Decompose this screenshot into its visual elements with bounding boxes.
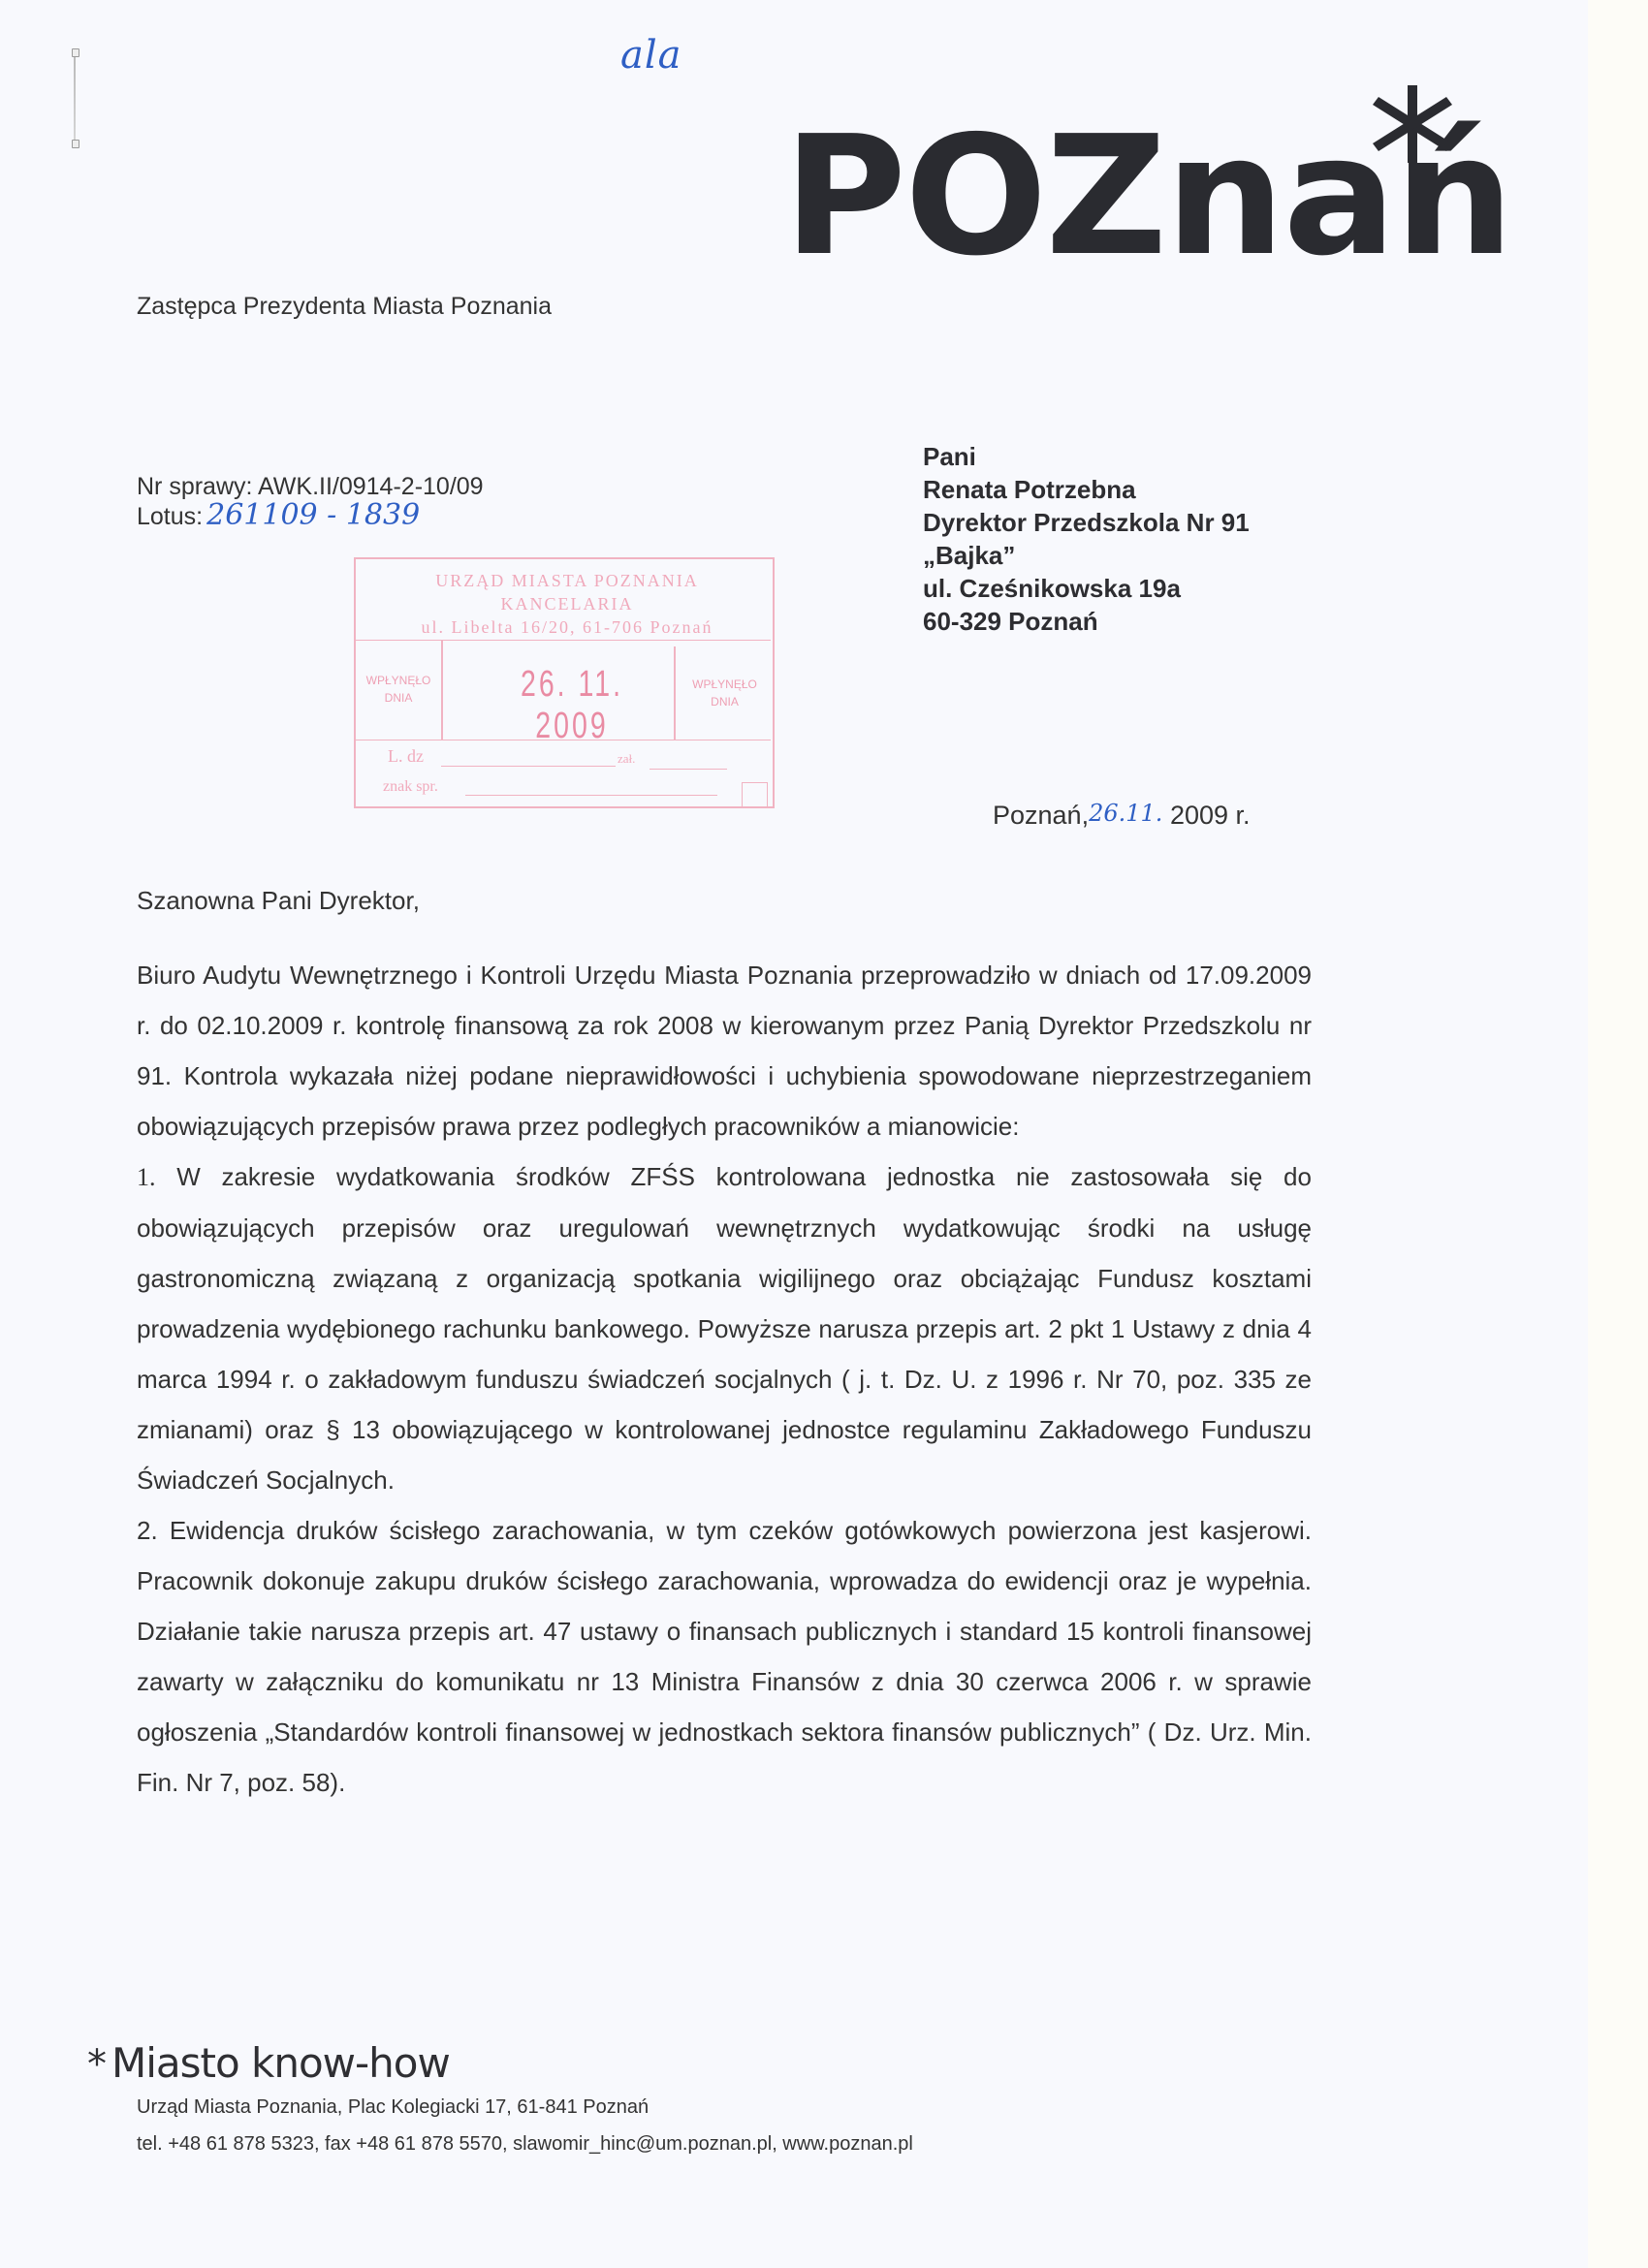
recipient-address: Pani Renata Potrzebna Dyrektor Przedszko… <box>923 440 1250 638</box>
handwritten-initials: ala <box>620 33 682 78</box>
recipient-line: 60-329 Poznań <box>923 605 1250 638</box>
sender-title: Zastępca Prezydenta Miasta Poznania <box>137 293 552 321</box>
case-reference: Nr sprawy: AWK.II/0914-2-10/09 Lotus:261… <box>137 472 484 531</box>
recipient-line: Dyrektor Przedszkola Nr 91 <box>923 506 1250 539</box>
place: Poznań, <box>993 801 1089 830</box>
stamp-ldz-label: L. dz <box>388 746 424 767</box>
stamp-received-label-right: WPŁYNĘŁO DNIA <box>683 676 766 710</box>
receipt-stamp: URZĄD MIASTA POZNANIA KANCELARIA ul. Lib… <box>354 557 780 809</box>
finding-text: W zakresie wydatkowania środków ZFŚS kon… <box>137 1162 1312 1495</box>
asterisk-icon: * <box>87 2042 106 2087</box>
footer-tagline: *Miasto know-how <box>87 2039 450 2087</box>
recipient-line: „Bajka” <box>923 539 1250 572</box>
case-number-label: Nr sprawy: <box>137 473 252 500</box>
salutation: Szanowna Pani Dyrektor, <box>137 886 420 916</box>
stamp-case-sign-label: znak spr. <box>383 778 438 796</box>
finding-text: Ewidencja druków ścisłego zarachowania, … <box>137 1516 1312 1797</box>
finding-number: 2. <box>137 1516 158 1545</box>
date-handwritten: 26.11. <box>1089 800 1162 827</box>
intro-paragraph: Biuro Audytu Wewnętrznego i Kontroli Urz… <box>137 950 1312 1151</box>
finding-number: 1. <box>137 1163 156 1191</box>
year: 2009 r. <box>1170 801 1251 830</box>
recipient-line: ul. Cześnikowska 19a <box>923 572 1250 605</box>
place-date: Poznań,26.11. 2009 r. <box>993 801 1251 831</box>
letter-page: ala POZnań Zastępca Prezydenta Miasta Po… <box>0 0 1588 2268</box>
lotus-line: Lotus:261109 - 1839 <box>137 501 484 531</box>
finding-2: 2. Ewidencja druków ścisłego zarachowani… <box>137 1505 1312 1808</box>
lotus-label: Lotus: <box>137 503 203 530</box>
footer-address: Urząd Miasta Poznania, Plac Kolegiacki 1… <box>137 2096 649 2119</box>
letter-body: Biuro Audytu Wewnętrznego i Kontroli Urz… <box>137 950 1312 1808</box>
scanner-staple-mark <box>74 52 76 144</box>
recipient-line: Renata Potrzebna <box>923 473 1250 506</box>
recipient-line: Pani <box>923 440 1250 473</box>
poznan-logo: POZnań <box>783 85 1452 269</box>
stamp-attachment-label: zał. <box>618 751 635 767</box>
tagline-text: Miasto know-how <box>111 2039 450 2087</box>
finding-1: 1. W zakresie wydatkowania środków ZFŚS … <box>137 1151 1312 1505</box>
footer-contact: tel. +48 61 878 5323, fax +48 61 878 557… <box>137 2133 913 2156</box>
stamp-received-label-left: WPŁYNĘŁO DNIA <box>360 672 437 707</box>
case-number-value: AWK.II/0914-2-10/09 <box>258 473 484 500</box>
stamp-header: URZĄD MIASTA POZNANIA KANCELARIA ul. Lib… <box>354 569 780 639</box>
stamp-date: 26. 11. 2009 <box>489 664 656 747</box>
lotus-value-handwritten: 261109 - 1839 <box>206 498 420 532</box>
asterisk-icon <box>1369 85 1456 163</box>
case-number-line: Nr sprawy: AWK.II/0914-2-10/09 <box>137 472 484 501</box>
